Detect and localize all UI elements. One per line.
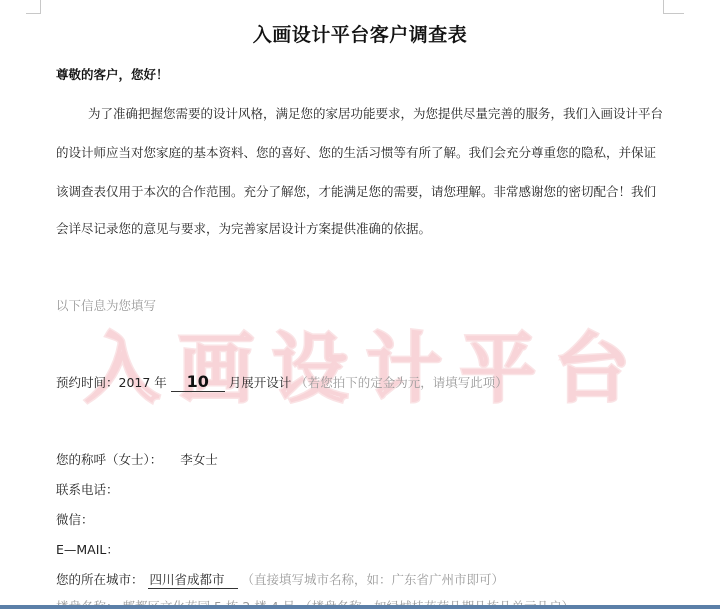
appointment-label: 预约时间：2017 年 — [56, 375, 167, 390]
margin-corner-mark-left — [26, 0, 41, 14]
watermark: 入画设计平台 — [84, 308, 648, 417]
wechat-row[interactable]: 微信： — [56, 510, 94, 528]
city-label: 您的所在城市： — [56, 572, 144, 587]
appointment-hint: （若您拍下的定金为元，请填写此项） — [295, 375, 508, 390]
intro-line-1: 为了准确把握您需要的设计风格，满足您的家居功能要求，为您提供尽量完善的服务，我们… — [88, 104, 663, 122]
greeting: 尊敬的客户，您好！ — [56, 65, 169, 83]
city-input[interactable]: 四川省成都市 — [148, 570, 238, 589]
city-hint: （直接填写城市名称，如：广东省广州市即可） — [241, 572, 504, 587]
wechat-label: 微信： — [56, 512, 94, 527]
document-page: 入画设计平台 入画设计平台客户调查表 尊敬的客户，您好！ 为了准确把握您需要的设… — [0, 0, 720, 609]
intro-line-3: 该调查表仅用于本次的合作范围。充分了解您，才能满足您的需要，请您理解。非常感谢您… — [56, 182, 656, 200]
email-row[interactable]: E—MAIL： — [56, 540, 119, 558]
intro-line-4: 会详尽记录您的意见与要求，为完善家居设计方案提供准确的依据。 — [56, 219, 431, 237]
appointment-month-input[interactable]: 10 — [171, 372, 225, 392]
document-title: 入画设计平台客户调查表 — [0, 20, 720, 47]
phone-row[interactable]: 联系电话： — [56, 480, 119, 498]
salutation-label: 您的称呼（女士）： — [56, 452, 162, 467]
email-label: E—MAIL： — [56, 542, 119, 557]
appointment-suffix: 月展开设计 — [229, 375, 292, 390]
page-bottom-border — [0, 605, 720, 609]
phone-label: 联系电话： — [56, 482, 119, 497]
city-row: 您的所在城市： 四川省成都市 （直接填写城市名称，如：广东省广州市即可） — [56, 570, 504, 589]
salutation-value[interactable]: 李女士 — [180, 452, 218, 467]
intro-line-2: 的设计师应当对您家庭的基本资料、您的喜好、您的生活习惯等有所了解。我们会充分尊重… — [56, 143, 656, 161]
margin-corner-mark-right — [663, 0, 684, 14]
section-hint: 以下信息为您填写 — [56, 296, 156, 314]
appointment-row: 预约时间：2017 年 10 月展开设计 （若您拍下的定金为元，请填写此项） — [56, 372, 508, 392]
salutation-row: 您的称呼（女士）： 李女士 — [56, 450, 218, 468]
